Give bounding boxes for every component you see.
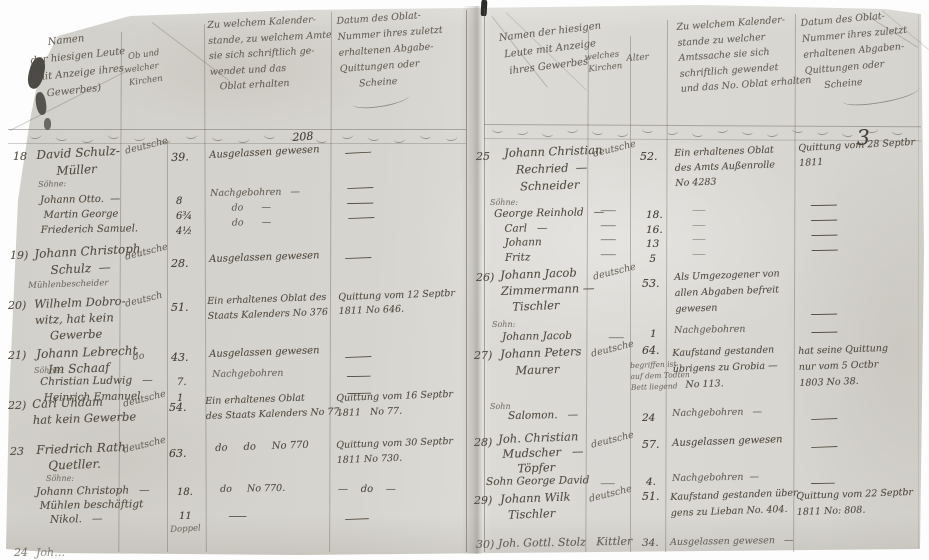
children-ages: 8 6¾ 4½ [176,194,192,239]
entry-name: Joh. Christian Mudscher — Töpfer [498,429,584,477]
entry-name: Joh… [36,546,65,559]
child-age: 1 [650,328,657,340]
entry-name: Friedrich Rath Quetller. [36,439,127,474]
entry-church: do [132,350,145,363]
entry-name: Wilhelm Dobro- witz, hat kein Gewerbe [34,293,127,344]
entry-number: 29) [474,494,492,507]
child-age: 18. [177,487,193,498]
children-remarks: Nachgebohren — do — do — [210,184,301,231]
receipt-dash: — [344,250,373,266]
children-names: George Reinhold — Carl — Johann Fritz [494,205,605,265]
receipt-dash: — [344,349,373,365]
entry-age: 39. [171,150,189,164]
column-rule [167,140,168,552]
receipt-dash: — [346,196,375,211]
receipt-dash: — [810,439,839,455]
entry-number: 27) [474,349,492,362]
children-label: Söhne: [46,474,74,483]
scanned-register-document: Namen der hiesigen Leute mit Anzeige ihr… [0,0,929,560]
entry-age: 57. [642,438,660,451]
receipt-dash: — [347,210,376,226]
entry-age: 51. [171,301,189,314]
entry-receipt: hat seine Quittung nur vom 5 Octbr 1803 … [798,341,889,392]
entry-age: 51. [642,490,660,503]
children-label: Söhne: [38,179,66,189]
receipt-dashes: — — [810,306,839,342]
entry-receipt: Quittung vom 16 Septbr 1811 No 77. [336,387,454,421]
entry-number: 18 [13,150,27,163]
entry-number: 24 [14,546,28,559]
header-calendar-left: Zu welchem Kalender- stande, zu welchem … [207,12,334,96]
entry-age: 54. [169,401,187,414]
header-church-left: Ob und welcher Kirchen [122,47,164,91]
child-age: 4. [646,476,656,488]
entry-age: 52. [640,150,658,163]
receipt-dashes: — — — — [809,198,839,258]
remark-dash: — [228,509,247,523]
header-datum-left: Datum des Oblat- Nummer ihres zuletzt er… [336,7,447,94]
header-rule [8,129,466,130]
entry-age: 64. [642,344,660,357]
entry-number: 21) [8,349,26,362]
age-note: Doppel [170,523,201,535]
entry-number: 22) [8,399,26,412]
receipt-dash: — [810,411,839,427]
entry-number: 23 [10,445,24,458]
child-age: 24 [642,412,655,424]
entry-remark: Kaufstand gestanden übrigens zu Grobia —… [672,342,778,394]
children-names: Sohn George David [486,474,589,488]
child-age: 11 [179,511,192,522]
child-remark: do No 770. [220,483,285,495]
entry-number: 20) [8,299,26,312]
entry-age: 28. [171,257,189,270]
entry-remark: Als Umgezogener von allen Abgaben befrei… [674,266,781,318]
column-rule [630,36,631,552]
entry-name: David Schulz- Müller [36,143,121,181]
entry-number: 25 [476,150,490,163]
church-dashes: — — — — [600,204,617,262]
entry-number: 19) [10,249,28,262]
entry-number: 28) [474,436,492,449]
entry-receipt: Quittung vom 12 Septbr 1811 No 646. [338,287,456,319]
header-church-right: welches Kirchen [584,48,623,76]
children-ages: 18. 16. 13 5 [646,208,663,266]
receipt-dash: — [346,180,375,196]
entry-number: 30) [476,538,494,551]
children-names: Salomon. — [508,409,578,422]
receipt-dash: — [344,145,373,161]
children-names: Johann Otto. — Martin George Friederich … [40,191,138,238]
entry-name: Carl Uhdam hat kein Gewerbe [32,392,136,428]
page-edge-rule [466,10,467,552]
children-label: Sohn: [492,320,515,329]
entry-number: 26) [476,271,494,284]
header-names-left: Namen der hiesigen Leute mit Anzeige ihr… [28,26,130,104]
children-names: Johann Jacob [502,330,572,343]
entry-name: Johann Peters Maurer [500,343,582,380]
entry-receipt: Quittung vom 30 Septbr 1811 No 730. [336,434,454,468]
header-age-right: Alter [626,52,649,64]
entry-remark: Ausgelassen gewesen — [670,535,794,548]
entry-name: Joh. Gottl. Stolz Kittler [498,535,632,550]
entry-name: Johann Wilk Tischler [500,489,571,523]
children-remarks: Nachgebohren [212,368,284,380]
entry-remark: Ein erhaltenes Oblat des Amts Außenrolle… [674,143,776,191]
receipt-dash: — [344,511,371,527]
child-remark: Nachgebohren [674,324,746,336]
children-names: Johann Christoph — Mühlen beschäftigt Ni… [36,483,150,527]
child-remark: Nachgebohren — [672,406,762,419]
entry-age: 53. [642,277,660,290]
entry-remark: Ein erhaltenes Oblat des Staats Kalender… [207,290,328,324]
remark-dashes: — — — — [692,204,706,262]
column-rule [918,14,919,548]
entry-remark: Kaufstand gestanden über- gens zu Lieban… [670,485,802,522]
child-receipt: — do — [338,484,396,495]
header-calendar-right: Zu welchem Kalender- stande zu welcher A… [676,11,812,97]
child-remark: Nachgebohren — [672,471,759,484]
header-datum-right: Datum des Oblat- Nummer ihres zuletzt er… [800,7,912,96]
entry-receipt: Quittung vom 22 Septbr 1811 No: 808. [796,485,914,521]
entry-name: Johann Jacob Zimmermann — Tischler [500,264,595,315]
entry-name: Johann Christian Rechried — Schneider [504,142,604,196]
entry-age: 34. [642,537,659,549]
entry-age: 43. [171,351,189,364]
entry-age: 63. [169,447,187,460]
entry-receipt: Quittung vom 28 Septbr 1811 [798,135,916,171]
entry-remark: Ein erhaltenes Oblat des Staats Kalender… [205,389,343,424]
